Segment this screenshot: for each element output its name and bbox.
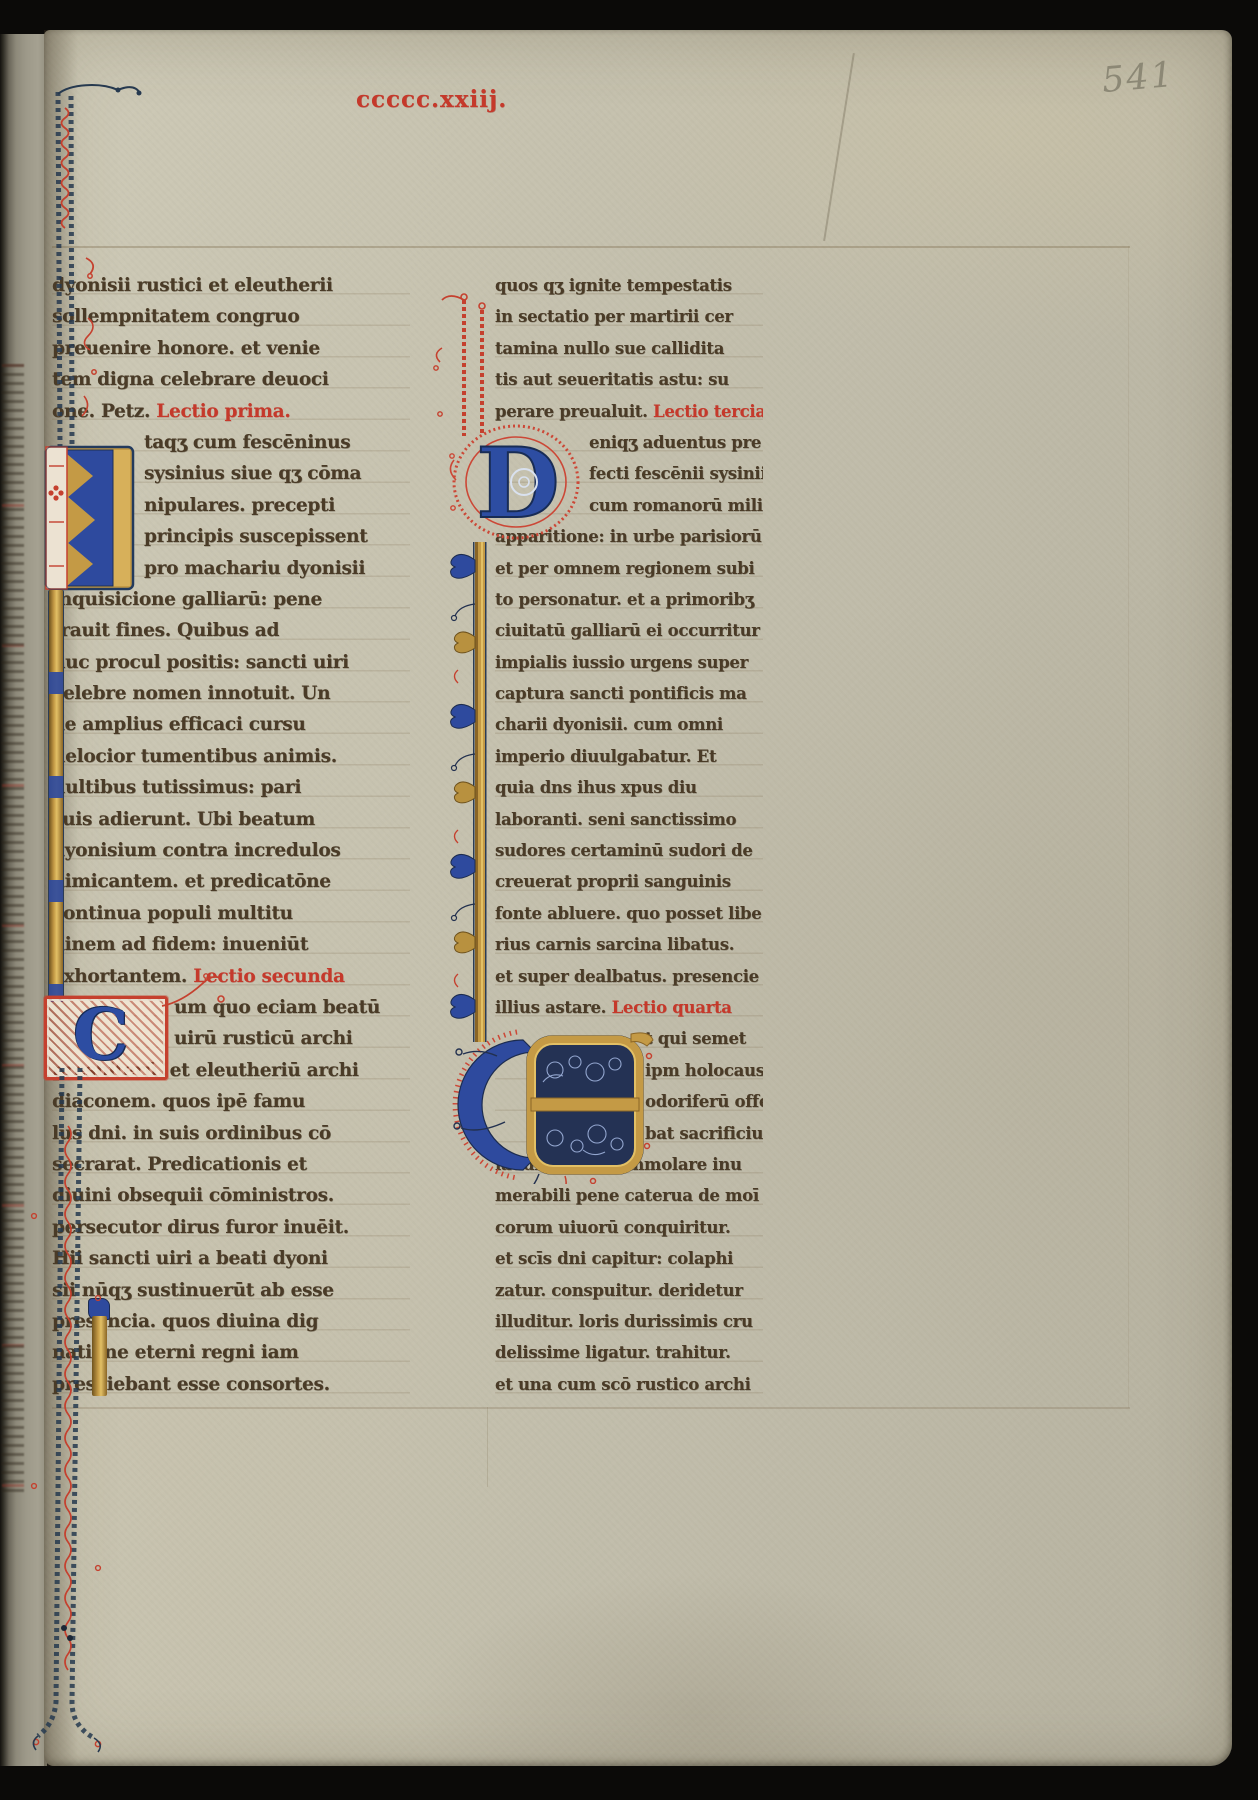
text-line-ink: quia dns ihus xpus diu (495, 778, 697, 797)
text-line-ink: trauit fines. Quibus ad (52, 620, 279, 641)
text-line-ink: inquisicione galliarū: pene (52, 589, 322, 610)
text-line-ink: perare preualuit. (495, 402, 648, 421)
text-line: trauit fines. Quibus ad (52, 615, 410, 646)
text-line: ciuitatū galliarū ei occurritur (495, 615, 763, 646)
text-line-ink: tamina nullo sue callidita (495, 339, 724, 358)
text-line: illuditur. loris durissimis cru (495, 1306, 763, 1337)
text-line-ink: fecti fescēnii sysinii (589, 464, 763, 483)
text-line: celebre nomen innotuit. Un (52, 678, 410, 709)
text-line: et scīs dni capitur: colaphi (495, 1243, 763, 1274)
ruling-line-right (1128, 246, 1129, 1408)
gutter-border-bar (450, 542, 502, 1047)
margin-flourish-bottom (26, 1066, 108, 1762)
text-line-ink: et scīs dni capitur: colaphi (495, 1249, 733, 1268)
text-line-ink: cum romanorū militiū (589, 496, 763, 515)
text-line-ink: continua populi multitu (52, 903, 293, 924)
penwork-initial-c-flourish (158, 966, 228, 1010)
text-line-ink: rius carnis sarcina libatus. (495, 935, 734, 954)
text-line: tis aut seueritatis astu: su (495, 364, 763, 395)
text-line: et una cum scō rustico archi (495, 1369, 763, 1400)
page-edges-text-blur (2, 364, 24, 1494)
text-line: captura sancti pontificis ma (495, 678, 763, 709)
text-line: fonte abluere. quo posset libe (495, 898, 763, 929)
text-line: imperio diuulgabatur. Et (495, 741, 763, 772)
text-line: charii dyonisii. cum omni (495, 709, 763, 740)
text-line-ink: zatur. conspuitur. deridetur (495, 1281, 743, 1300)
text-line: dimicantem. et predicatōne (52, 866, 410, 897)
text-line: quia dns ihus xpus diu (495, 772, 763, 803)
text-line: in sectatio per martirii cer (495, 301, 763, 332)
text-line: corum uiuorū conquiritur. (495, 1212, 763, 1243)
text-line: zatur. conspuitur. deridetur (495, 1275, 763, 1306)
text-line: tamina nullo sue callidita (495, 333, 763, 364)
text-line: uelocior tumentibus animis. (52, 741, 410, 772)
text-line-ink: quos qʒ ignite tempestatis (495, 276, 732, 295)
text-line-ink: t qui semet (645, 1029, 746, 1048)
text-line-ink: sudores certaminū sudori de (495, 841, 753, 860)
text-line-ink: huc procul positis: sancti uiri (52, 652, 349, 673)
text-line-ink: uirū rusticū archi (174, 1028, 353, 1049)
ruling-line-column-tail (487, 1407, 488, 1487)
text-line-ink: dyonisium contra incredulos (52, 840, 341, 861)
text-line-ink: imperio diuulgabatur. Et (495, 747, 716, 766)
text-line: exhortantem. Lectio secunda (52, 961, 410, 992)
text-line-ink: charii dyonisii. cum omni (495, 715, 723, 734)
text-line-ink: to personatur. et a primoribʒ (495, 590, 754, 609)
text-line: creuerat proprii sanguinis (495, 866, 763, 897)
text-line-ink: dimicantem. et predicatōne (52, 871, 331, 892)
text-line-ink: corum uiuorū conquiritur. (495, 1218, 731, 1237)
text-line: to personatur. et a primoribʒ (495, 584, 763, 615)
text-line: impialis iussio urgens super (495, 647, 763, 678)
text-line-ink: odoriferū offere (645, 1092, 763, 1111)
text-line: continua populi multitu (52, 898, 410, 929)
text-line-ink: dinem ad fidem: inueniūt (52, 934, 308, 955)
text-line: merabili pene caterua de moī (495, 1180, 763, 1211)
text-line: dinem ad fidem: inueniūt (52, 929, 410, 960)
text-line: sudores certaminū sudori de (495, 835, 763, 866)
text-line: et per omnem regionem subi (495, 553, 763, 584)
penwork-initial-d: D (448, 420, 590, 548)
text-line: de amplius efficaci cursu (52, 709, 410, 740)
chapter-heading: ccccc.xxiij. (356, 86, 507, 113)
text-line-ink: illius astare. (495, 998, 606, 1017)
text-line-ink: illuditur. loris durissimis cru (495, 1312, 753, 1331)
text-line-ink: suis adierunt. Ubi beatum (52, 809, 315, 830)
ruling-line-bottom (52, 1407, 1130, 1409)
text-line: et super dealbatus. presencie (495, 961, 763, 992)
text-line-ink: merabili pene caterua de moī (495, 1186, 759, 1205)
illuminated-initial-i (41, 444, 137, 592)
manuscript-photo: ccccc.xxiij. 541 dyonisii rustici et ele… (0, 0, 1258, 1800)
text-line-ink: nipulares. precepti (144, 495, 335, 516)
margin-flourish-top (38, 80, 143, 450)
text-line: huc procul positis: sancti uiri (52, 647, 410, 678)
text-line-ink: creuerat proprii sanguinis (495, 872, 731, 891)
border-bar-left (48, 590, 64, 1002)
text-line: dyonisium contra incredulos (52, 835, 410, 866)
text-line-ink: uelocior tumentibus animis. (52, 746, 337, 767)
text-line: delissime ligatur. trahitur. (495, 1337, 763, 1368)
illuminated-initial-e (443, 1026, 655, 1184)
text-line: illius astare. Lectio quarta (495, 992, 763, 1023)
text-line-ink: et una cum scō rustico archi (495, 1375, 751, 1394)
rubric: Lectio quarta (606, 998, 732, 1017)
text-line: suis adierunt. Ubi beatum (52, 804, 410, 835)
ruling-line-top (52, 246, 1130, 248)
text-line-ink: celebre nomen innotuit. Un (52, 683, 330, 704)
text-line-ink: in sectatio per martirii cer (495, 307, 733, 326)
text-line-ink: delissime ligatur. trahitur. (495, 1343, 731, 1362)
text-line-ink: laboranti. seni sanctissimo (495, 810, 736, 829)
text-line-ink: captura sancti pontificis ma (495, 684, 747, 703)
text-line-ink: ipm holocaustū (645, 1061, 763, 1080)
text-line-ink: fonte abluere. quo posset libe (495, 904, 761, 923)
text-line-ink: bat sacrificium (645, 1124, 763, 1143)
text-line: uultibus tutissimus: pari (52, 772, 410, 803)
text-line: rius carnis sarcina libatus. (495, 929, 763, 960)
rubric: Lectio tercia (648, 402, 763, 421)
text-line-ink: uultibus tutissimus: pari (52, 777, 301, 798)
folio-number: 541 (1100, 55, 1176, 101)
text-line-ink: tis aut seueritatis astu: su (495, 370, 729, 389)
initial-letter-d: D (476, 427, 559, 540)
text-line-ink: impialis iussio urgens super (495, 653, 748, 672)
text-line-ink: et per omnem regionem subi (495, 559, 755, 578)
text-line-ink: sysinius siue qʒ cōma (144, 463, 361, 484)
text-line-ink: principis suscepissent (144, 526, 368, 547)
text-line: laboranti. seni sanctissimo (495, 804, 763, 835)
text-line-ink: ciuitatū galliarū ei occurritur (495, 621, 760, 640)
text-line-ink: et super dealbatus. presencie (495, 967, 759, 986)
text-line-ink: eniqʒ aduentus pre (589, 433, 761, 452)
rubric: Lectio prima. (150, 401, 290, 422)
text-line-ink: taqʒ cum fescēninus (144, 432, 350, 453)
text-line-ink: de amplius efficaci cursu (52, 714, 306, 735)
text-line-ink: pro machariu dyonisii (144, 558, 365, 579)
initial-letter-c: C (73, 993, 129, 1076)
text-line: quos qʒ ignite tempestatis (495, 270, 763, 301)
